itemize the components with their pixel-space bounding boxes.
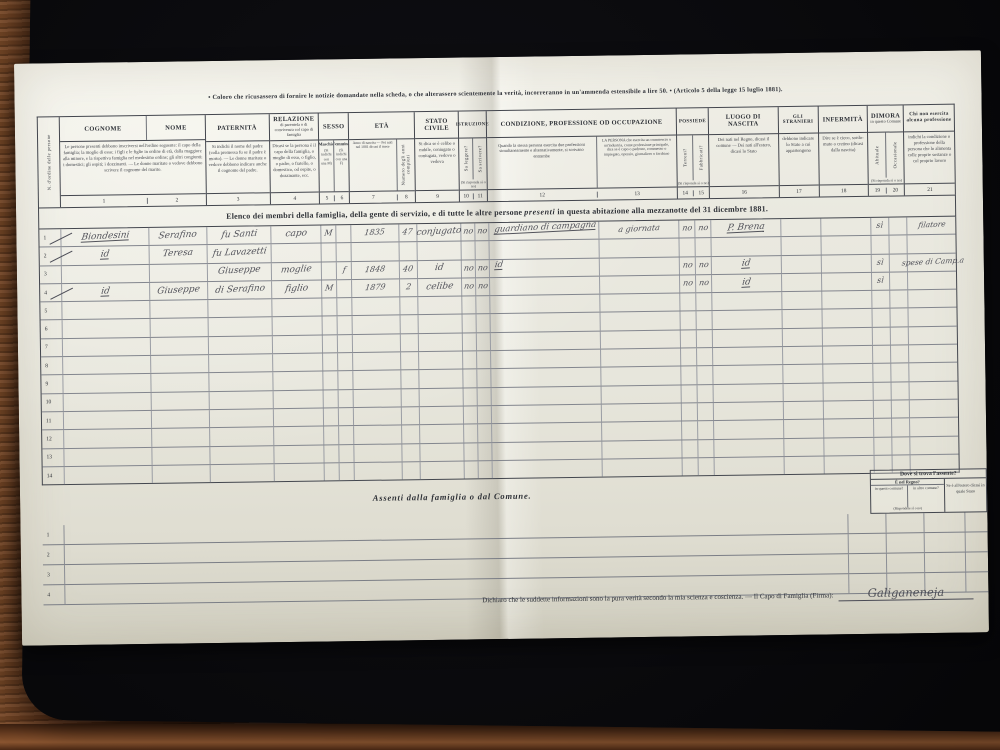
cell-professione: [491, 350, 601, 369]
cell-cognome: Biondesini: [61, 228, 149, 247]
cell-terreni: no: [679, 220, 695, 238]
order-number-header: N. d'ordine delle persone: [46, 134, 52, 190]
handwritten-entry: id: [742, 277, 752, 288]
cell-cognome: [64, 411, 152, 430]
cell-sesso-m: M: [322, 280, 337, 298]
cell-luogo: id: [712, 256, 782, 274]
cell-cognome: [62, 264, 150, 283]
cell-fabbricati: [698, 421, 714, 439]
cell-anni: [402, 407, 420, 425]
stato-civile-header: STATO CIVILE: [415, 112, 458, 140]
handwritten-entry: fu Santi: [220, 228, 257, 240]
cell-anni: 2: [400, 279, 418, 297]
head-of-family-signature: Galiganeneja: [868, 585, 945, 600]
cell-legge: [464, 406, 478, 423]
cell-scrive: [478, 406, 492, 423]
cell-nome: Serafino: [149, 227, 207, 245]
handwritten-entry: sì: [877, 276, 885, 285]
sa-scrivere-subcolumn: Sa scrivere?: [473, 138, 487, 179]
cell-persona: [602, 403, 682, 421]
column-number: 13: [597, 190, 677, 197]
present-rows: 1BiondesiniSerafinofu SanticapoM183547co…: [38, 217, 959, 486]
cell-sesso-f: [339, 408, 354, 426]
cell-cognome: id: [62, 283, 150, 302]
cell-dim-oc: [892, 400, 910, 418]
handwritten-entry: M: [324, 283, 334, 292]
cell-anno: [353, 371, 401, 389]
cell-relazione: moglie: [272, 262, 322, 280]
column-infermita: INFERMITÀ Dire se è cieco, sordo-muto o …: [818, 106, 869, 197]
cell-terreni: [681, 367, 697, 385]
cell-scrive: no: [475, 223, 489, 240]
row-number: 8: [45, 363, 48, 369]
cell-cognome: [62, 301, 150, 320]
chi-non-description: indichi la condizione o professione dell…: [904, 132, 954, 184]
cell-n: 7: [41, 339, 63, 357]
cell-sesso-f: [339, 426, 354, 444]
cell-terreni: [681, 330, 697, 348]
handwritten-entry: guardiano di campagna: [494, 220, 597, 235]
cell-chi-non: [910, 381, 960, 399]
cell-dim-ab: [874, 419, 892, 437]
cell-infermita: [821, 218, 871, 236]
cell-relazione: [273, 372, 323, 390]
infermita-header: INFERMITÀ: [818, 106, 867, 134]
cell-anno: [353, 352, 401, 370]
istruzione-header: ISTRUZIONE: [459, 111, 486, 138]
cell-nome: [151, 337, 209, 355]
cell-sesso-m: [323, 372, 338, 390]
cell-anno: [355, 462, 403, 480]
handwritten-entry: id: [434, 263, 444, 274]
assenti-title: Assenti dalla famiglia o dal Comune.: [42, 486, 862, 507]
column-number: 8: [397, 194, 415, 200]
dimora-header: DIMORA in questo Comune: [868, 105, 903, 132]
table-header: N. d'ordine delle persone COGNOME NOME L…: [37, 104, 956, 208]
cell-professione: [492, 405, 602, 424]
cell-scrive: no: [476, 260, 490, 277]
row-number: 3: [47, 572, 50, 578]
terreni-subcolumn: Terreni?: [677, 135, 693, 180]
cell-stato: [420, 388, 464, 406]
cell-infermita: [824, 401, 874, 419]
cell-anni: [401, 334, 419, 352]
cell-stato: [421, 461, 465, 479]
cell-paternita: di Serafino: [208, 281, 272, 299]
cell-persona: [600, 275, 680, 293]
maschio-subcolumn: Maschio (Si indichi con una M): [319, 140, 334, 191]
cell-anno: [352, 298, 400, 316]
cell-chi-non: [907, 235, 957, 253]
handwritten-entry: di Serafino: [214, 283, 265, 296]
nel-regno-column: È nel Regno? in questo comune? in altro …: [871, 479, 945, 513]
cell-number: 2: [43, 545, 65, 564]
condizione-header: CONDIZIONE, PROFESSIONE OD OCCUPAZIONE: [487, 109, 676, 139]
cell-stranieri: [784, 420, 824, 438]
column-number: 11: [473, 193, 487, 199]
handwritten-entry: Biondesini: [80, 230, 129, 242]
column-luogo-nascita: LUOGO DI NASCITA Dei nati nel Regno, dic…: [709, 107, 780, 198]
sa-leggere-subcolumn: Sa leggere?: [459, 138, 473, 179]
nome-header: NOME: [147, 115, 205, 140]
cell-empty: [849, 554, 887, 574]
cell-terreni: [681, 348, 697, 366]
handwritten-entry: Teresa: [162, 248, 194, 260]
cell-stato: [419, 352, 463, 370]
handwritten-entry: 1879: [365, 282, 387, 292]
chi-non-header: Chi non esercita alcuna professione: [904, 105, 954, 133]
column-number: 2: [148, 197, 206, 204]
cell-professione: [492, 386, 602, 405]
cell-sesso-m: M: [321, 225, 336, 243]
cell-terreni: no: [680, 275, 696, 293]
cognome-header: COGNOME: [60, 116, 148, 141]
handwritten-entry: id: [494, 259, 504, 269]
cell-persona: [601, 312, 681, 330]
cell-stato: id: [418, 260, 462, 278]
column-stato-civile: STATO CIVILE Si dica se è celibe o nubil…: [415, 112, 460, 203]
cell-cognome: [64, 393, 152, 412]
cell-terreni: [682, 440, 698, 458]
cell-sesso-m: [323, 335, 338, 353]
cell-infermita: [822, 254, 872, 272]
cell-sesso-f: [339, 445, 354, 463]
handwritten-entry: Giuseppe: [157, 284, 201, 296]
cell-cognome: [63, 338, 151, 357]
cell-stranieri: [782, 292, 822, 310]
cell-scrive: [477, 351, 491, 368]
cell-n: 13: [42, 449, 64, 467]
cell-anni: 40: [400, 261, 418, 279]
cell-anno: [354, 389, 402, 407]
cell-sesso-m: [322, 298, 337, 316]
cell-scrive: [477, 333, 491, 350]
row-number: 5: [44, 308, 47, 314]
femmina-subcolumn: Femmina (Si indichi con una F): [334, 140, 349, 191]
cell-legge: [463, 351, 477, 368]
cognome-nome-description: Le persone presenti debbono inscriversi …: [60, 140, 206, 195]
cell-paternita: [211, 464, 275, 482]
cell-stato: celibe: [418, 278, 462, 296]
row-number: 14: [47, 473, 53, 479]
cell-n: 11: [42, 412, 64, 430]
cell-sesso-f: [338, 353, 353, 371]
cell-infermita: [824, 437, 874, 455]
row-number: 10: [46, 400, 52, 406]
istruzione-note: (Si risponda sì o no): [460, 179, 487, 190]
cell-dim-oc: [892, 382, 910, 400]
cell-stranieri: [784, 438, 824, 456]
cell-dim-ab: [874, 437, 892, 455]
cell-nome: [152, 392, 210, 410]
occasionale-subcolumn: Occasionale: [886, 132, 904, 177]
column-number: 3: [207, 196, 270, 203]
cell-cognome: [63, 374, 151, 393]
cell-stranieri: [783, 347, 823, 365]
row-number: 7: [45, 345, 48, 351]
row-number: 2: [47, 552, 50, 558]
cell-persona: [602, 440, 682, 458]
column-condizione: CONDIZIONE, PROFESSIONE OD OCCUPAZIONE Q…: [487, 109, 678, 202]
cell-infermita: [822, 273, 872, 291]
cell-sesso-f: [336, 225, 351, 243]
cell-fabbricati: [696, 293, 712, 311]
anno-nascita-subcolumn: Anno di nascita — Pei nati nel 1881 dica…: [349, 139, 397, 191]
cell-nome: Teresa: [150, 245, 208, 263]
cell-persona: [600, 257, 680, 275]
cell-n: 9: [41, 375, 63, 393]
cell-fabbricati: [698, 403, 714, 421]
paternita-description: Si indichi il nome del padre (colla prem…: [206, 141, 269, 193]
column-number: 18: [819, 187, 868, 194]
handwritten-entry: filatore: [918, 219, 947, 229]
cell-professione: [491, 331, 601, 350]
cell-chi-non: spese di Camp.a: [908, 253, 958, 271]
cell-paternita: [209, 318, 273, 336]
cell-stato: [419, 333, 463, 351]
handwritten-entry: no: [682, 278, 693, 288]
cell-persona: [602, 422, 682, 440]
legal-warning-line: • Coloro che ricusassero di fornire le n…: [36, 84, 954, 104]
cell-terreni: [681, 312, 697, 330]
cell-scrive: [477, 315, 491, 332]
handwritten-entry: capo: [284, 228, 307, 239]
row-number: 2: [44, 253, 47, 259]
handwritten-entry: celibe: [425, 281, 454, 292]
cell-empty: [886, 513, 924, 533]
column-order-number: N. d'ordine delle persone: [38, 117, 61, 207]
cell-persona: [600, 239, 680, 257]
handwritten-entry: Giuseppe: [217, 265, 261, 277]
column-number: 14: [678, 190, 694, 196]
declaration-text: Dichiaro che le suddette informazioni so…: [482, 591, 833, 604]
cell-anni: [400, 297, 418, 315]
census-table: N. d'ordine delle persone COGNOME NOME L…: [37, 104, 960, 486]
cell-anno: [354, 407, 402, 425]
dove-si-trova-box: Dove si trova l'assente? È nel Regno? in…: [870, 468, 988, 514]
handwritten-entry: no: [477, 281, 488, 291]
cell-anno: [352, 243, 400, 261]
cell-relazione: [274, 390, 324, 408]
column-relazione: RELAZIONE di parentela o di convivenza c…: [269, 114, 320, 205]
cell-sesso-m: [322, 262, 337, 280]
cell-dim-ab: [874, 382, 892, 400]
cell-fabbricati: [698, 440, 714, 458]
cell-paternita: [210, 427, 274, 445]
handwritten-entry: no: [698, 278, 709, 288]
cell-legge: [463, 370, 477, 387]
cell-anni: 47: [399, 224, 417, 242]
cell-scrive: [477, 370, 491, 387]
cell-professione: [492, 423, 602, 442]
cell-paternita: [210, 409, 274, 427]
cell-fabbricati: [699, 458, 715, 476]
cell-relazione: [274, 427, 324, 445]
fabbricati-subcolumn: Fabbricati?: [693, 135, 709, 180]
cell-stranieri: [783, 365, 823, 383]
cell-relazione: [272, 244, 322, 262]
column-number: 20: [887, 187, 905, 193]
cell-fabbricati: [697, 330, 713, 348]
stato-civile-description: Si dica se è celibe o nubile, coniugato …: [415, 139, 458, 191]
cell-dim-ab: [873, 364, 891, 382]
cell-fabbricati: [697, 348, 713, 366]
cell-chi-non: [910, 436, 960, 454]
handwritten-entry: no: [682, 260, 693, 270]
handwritten-entry: moglie: [280, 264, 312, 276]
handwritten-entry: 2: [405, 282, 411, 291]
cell-paternita: [210, 446, 274, 464]
cell-scrive: [478, 388, 492, 405]
cell-persona: [601, 330, 681, 348]
cell-chi-non: [910, 400, 960, 418]
cell-dim-oc: [892, 419, 910, 437]
cell-professione: [492, 441, 602, 460]
cell-scrive: [478, 424, 492, 441]
cell-empty: [924, 513, 965, 533]
cell-stranieri: [781, 219, 821, 237]
cell-anni: [400, 242, 418, 260]
cell-professione: [490, 277, 600, 296]
cell-luogo: [712, 292, 782, 310]
cell-chi-non: filatore: [907, 217, 957, 235]
handwritten-entry: no: [681, 223, 692, 233]
cell-number: 3: [43, 565, 65, 584]
cell-relazione: [274, 408, 324, 426]
cell-persona: [601, 349, 681, 367]
cell-professione: [490, 295, 600, 314]
column-number: 12: [488, 191, 597, 199]
cell-number: 1: [42, 525, 64, 544]
cell-terreni: [679, 239, 695, 257]
handwritten-entry: no: [698, 260, 709, 270]
cell-stato: [420, 407, 464, 425]
handwritten-entry: 40: [403, 264, 414, 274]
cell-empty: [887, 533, 925, 553]
cell-n: 3: [40, 266, 62, 284]
cell-stato: [419, 315, 463, 333]
row-number: 9: [45, 381, 48, 387]
altro-comune-subcolumn: in altro comune?: [908, 485, 944, 508]
cell-nome: [150, 264, 208, 282]
cell-fabbricati: [698, 385, 714, 403]
cell-terreni: [682, 422, 698, 440]
cell-dim-ab: [872, 291, 890, 309]
handwritten-entry: P. Brena: [726, 221, 765, 233]
handwritten-entry: Serafino: [158, 229, 198, 241]
column-sesso: SESSO Maschio (Si indichi con una M) Fem…: [319, 113, 350, 203]
cell-nome: [151, 373, 209, 391]
cell-dim-ab: sì: [871, 218, 889, 236]
handwritten-entry: no: [463, 263, 474, 273]
cell-terreni: no: [680, 257, 696, 275]
column-group-cognome-nome: COGNOME NOME Le persone presenti debbono…: [60, 115, 207, 207]
cell-luogo: [715, 457, 785, 475]
cell-infermita: [825, 456, 875, 474]
questo-comune-subcolumn: in questo comune?: [871, 485, 908, 508]
column-number: 5: [320, 195, 335, 201]
cell-sesso-f: [337, 280, 352, 298]
cell-infermita: [822, 291, 872, 309]
cell-fabbricati: no: [696, 275, 712, 293]
infermita-description: Dire se è cieco, sordo-muto o cretino (d…: [819, 133, 868, 185]
cell-terreni: [680, 293, 696, 311]
cell-anno: [354, 426, 402, 444]
cell-paternita: [208, 299, 272, 317]
cell-anni: [401, 371, 419, 389]
cell-nome: [151, 355, 209, 373]
cell-legge: no: [462, 260, 476, 277]
signature-line: Galiganeneja: [838, 584, 973, 601]
cell-anno: 1848: [352, 261, 400, 279]
handwritten-entry: sì: [876, 257, 884, 266]
row-number: 12: [46, 436, 52, 442]
cell-persona: [602, 385, 682, 403]
cell-paternita: [209, 336, 273, 354]
handwritten-entry: id: [100, 249, 110, 260]
stranieri-header: GLI STRANIERI: [778, 107, 817, 135]
paternita-header: PATERNITÀ: [206, 114, 269, 142]
cell-professione: id: [490, 258, 600, 277]
cell-sesso-f: [338, 335, 353, 353]
cell-chi-non: [909, 363, 959, 381]
cell-dim-ab: [871, 236, 889, 254]
row-number: 11: [46, 418, 51, 424]
cell-infermita: [823, 328, 873, 346]
cell-fabbricati: [695, 238, 711, 256]
column-paternita: PATERNITÀ Si indichi il nome del padre (…: [206, 114, 271, 205]
cell-stato: [420, 443, 464, 461]
cell-sesso-m: [324, 445, 339, 463]
handwritten-entry: no: [476, 226, 487, 236]
cell-luogo: [713, 311, 783, 329]
column-number: 4: [270, 195, 319, 202]
cell-empty: [887, 553, 925, 573]
handwritten-entry: id: [741, 259, 751, 270]
handwritten-entry: no: [477, 263, 488, 273]
cell-stranieri: [782, 273, 822, 291]
handwritten-entry: fu Lavazetti: [211, 246, 266, 259]
cell-stato: conjugato: [417, 224, 461, 242]
cell-terreni: [682, 403, 698, 421]
cell-infermita: [821, 236, 871, 254]
luogo-header: LUOGO DI NASCITA: [709, 107, 778, 135]
cell-anno: 1835: [351, 224, 399, 242]
cell-stranieri: [783, 310, 823, 328]
cell-luogo: id: [712, 274, 782, 292]
column-number: 9: [416, 193, 459, 200]
cell-relazione: figlio: [272, 280, 322, 298]
cell-sesso-m: [322, 244, 337, 262]
cell-cognome: id: [62, 246, 150, 265]
cell-anni: [401, 352, 419, 370]
column-number: 15: [693, 190, 709, 196]
cell-dim-oc: [889, 217, 907, 235]
cell-professione: [491, 368, 601, 387]
cell-empty: [925, 533, 966, 553]
handwritten-entry: conjugato: [416, 225, 462, 237]
cell-relazione: [274, 445, 324, 463]
cell-infermita: [823, 364, 873, 382]
cell-legge: [463, 333, 477, 350]
cell-n: 12: [42, 430, 64, 448]
column-number: 19: [869, 187, 887, 193]
cell-dim-oc: [891, 327, 909, 345]
luogo-description: Dei nati nel Regno, dicasi il comune — D…: [709, 134, 778, 186]
cell-dim-ab: sì: [872, 272, 890, 290]
sesso-header: SESSO: [319, 113, 348, 140]
handwritten-entry: no: [463, 281, 474, 291]
